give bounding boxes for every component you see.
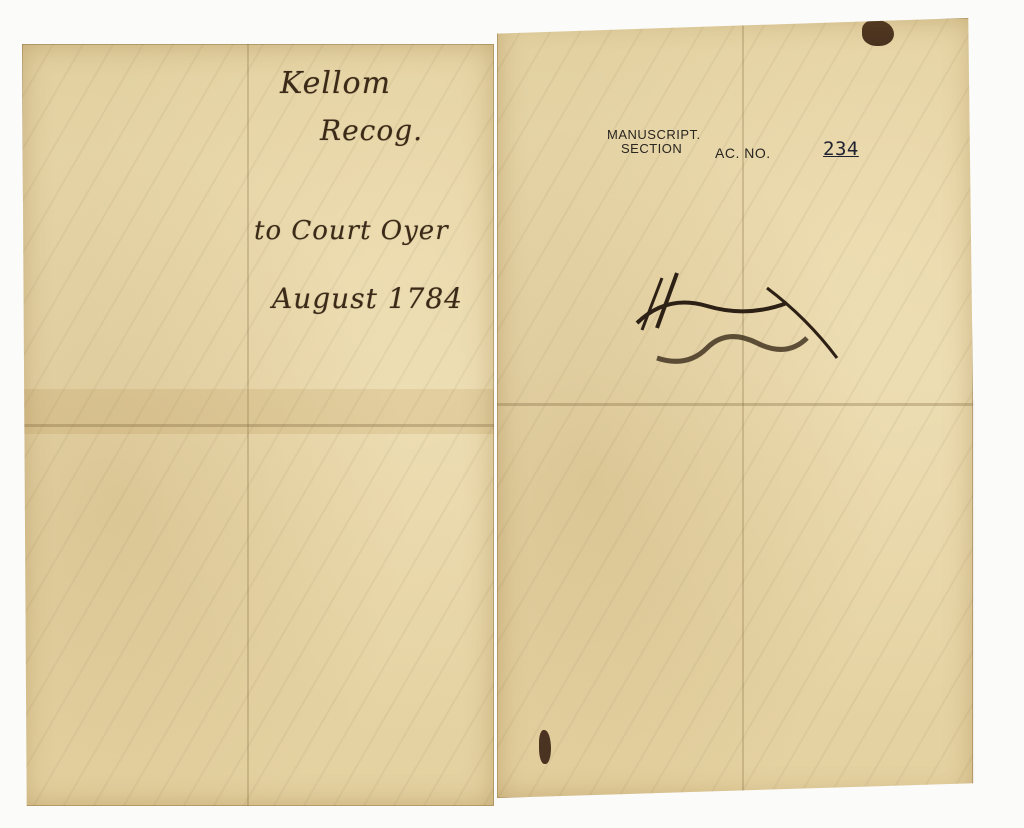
stain-band xyxy=(22,389,494,434)
stamp-ac-number: 234 xyxy=(823,142,859,156)
vertical-fold-line xyxy=(742,18,744,798)
docket-court: to Court Oyer xyxy=(254,216,449,246)
docket-date: August 1784 xyxy=(272,282,463,315)
ink-stain xyxy=(539,730,551,764)
inverted-signature xyxy=(617,268,847,378)
docket-type: Recog. xyxy=(320,114,423,147)
horizontal-fold-line xyxy=(22,424,494,427)
stamp-line-2: SECTION xyxy=(607,142,701,156)
stamp-line-1: MANUSCRIPT. xyxy=(607,128,701,142)
stamp-ac-label: AC. NO. xyxy=(715,146,771,160)
docket-name: Kellom xyxy=(280,66,391,101)
left-page-panel: Kellom Recog. to Court Oyer August 1784 xyxy=(22,44,494,806)
vertical-fold-line xyxy=(247,44,249,806)
signature-strokes-icon xyxy=(617,268,847,378)
right-page-panel: MANUSCRIPT. SECTION AC. NO. 234 xyxy=(497,18,973,798)
horizontal-fold-line xyxy=(497,403,973,406)
ink-stain xyxy=(862,20,894,46)
manuscript-stamp: MANUSCRIPT. SECTION xyxy=(607,128,701,156)
